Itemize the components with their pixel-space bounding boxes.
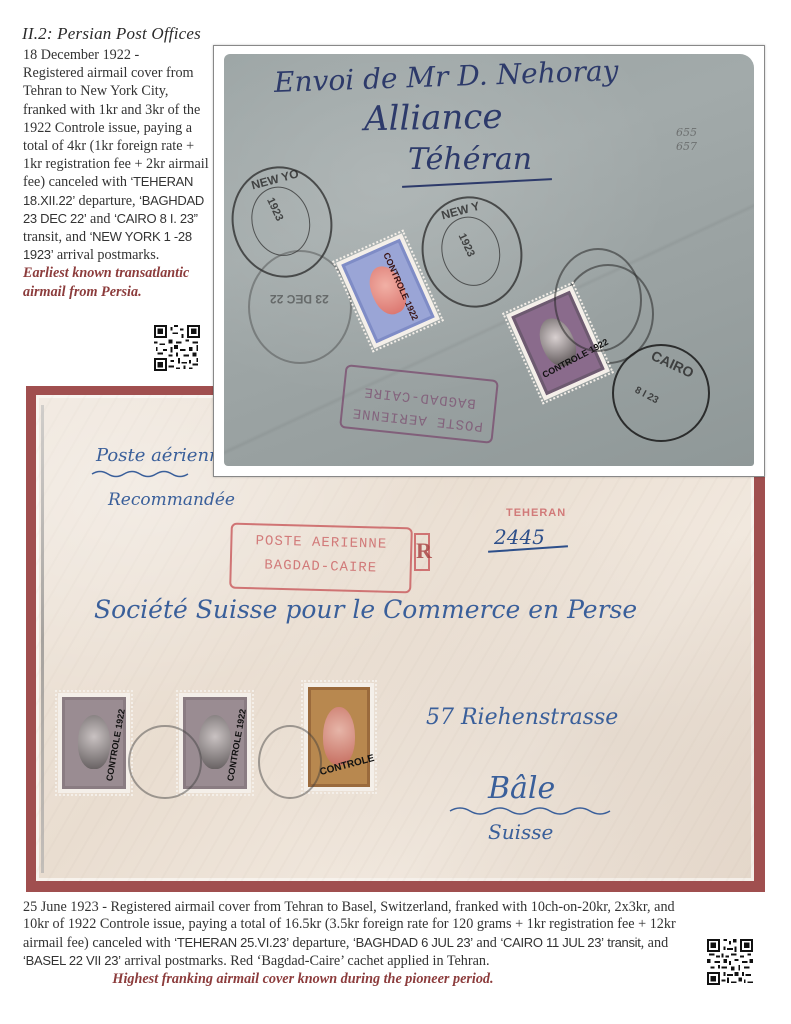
postmark-date: 8 I 23 (633, 385, 660, 406)
sender-underline (402, 178, 552, 187)
cover1-description: Registered airmail cover from Tehran to … (23, 65, 209, 190)
registration-number: 2445 (494, 525, 545, 549)
caption-text: arrival postmarks. (53, 247, 159, 263)
poste-aerienne-cachet: POSTE AERIENNE BAGDAD-CAIRE (339, 364, 499, 444)
cover1-highlight: Earliest known transatlantic airmail fro… (23, 265, 189, 299)
postmark-basel-ref: ‘BASEL 22 VII 23’ (23, 953, 121, 968)
sender-line-1: Envoi de Mr D. Nehoray (274, 54, 619, 99)
teheran-postmark (128, 725, 202, 799)
cover2-highlight: Highest franking airmail cover known dur… (23, 971, 703, 988)
underline-wave (448, 805, 618, 817)
pencil-note-2: 657 (676, 140, 697, 153)
sender-line-2: Alliance (364, 97, 503, 139)
airmail-manuscript: Poste aérienne (96, 445, 231, 466)
registration-office: TEHERAN (506, 507, 566, 519)
stamp-3kr-1: CONTROLE 1922 (58, 693, 130, 793)
envelope-edge (41, 405, 44, 873)
registered-manuscript: Recommandée (108, 490, 235, 510)
caption-text: departure, (289, 935, 353, 951)
postmark-teheran-ref: ‘TEHERAN 25.VI.23’ (174, 935, 289, 950)
postmark-date: 23 DEC 22 (270, 292, 329, 306)
sender-line-3: Téhéran (408, 142, 532, 177)
caption-text: arrival postmarks. Red ‘Bagdad-Caire’ ca… (121, 953, 490, 969)
teheran-postmark (554, 248, 642, 352)
registration-label: R (414, 533, 430, 571)
caption-text: , and (641, 935, 669, 951)
postmark-cairo-ref: ‘CAIRO 11 JUL 23’ (500, 935, 603, 950)
cover1-date: 18 December 1922 - (23, 47, 139, 63)
baghdad-postmark: 23 DEC 22 (248, 250, 352, 364)
caption-text: transit, and (23, 229, 90, 245)
cover2-caption: 25 June 1923 - Registered airmail cover … (23, 899, 703, 988)
caption-text: and (473, 935, 501, 951)
postmark-cairo-ref: ‘CAIRO 8 I. 23” (114, 211, 198, 226)
transit-word: transit (607, 935, 640, 950)
caption-text: departure, (75, 193, 139, 209)
city-manuscript: Bâle (488, 771, 555, 806)
cachet-line: POSTE AERIENNE (232, 529, 411, 558)
caption-text: and (86, 211, 114, 227)
postmark-text: CAIRO (649, 347, 697, 381)
cairo-postmark: CAIRO 8 I 23 (612, 344, 710, 442)
teheran-postmark (258, 725, 322, 799)
postmark-baghdad-ref: ‘BAGHDAD 6 JUL 23’ (353, 935, 473, 950)
qr-code-icon[interactable] (707, 939, 753, 985)
addressee-manuscript: Société Suisse pour le Commerce en Perse (94, 595, 637, 624)
cover1-caption: 18 December 1922 - Registered airmail co… (23, 46, 213, 301)
poste-aerienne-cachet: POSTE AERIENNE BAGDAD-CAIRE (229, 523, 413, 594)
country-manuscript: Suisse (488, 820, 553, 844)
street-manuscript: 57 Riehenstrasse (426, 705, 618, 730)
cover1-envelope-back: Envoi de Mr D. Nehoray Alliance Téhéran … (224, 54, 754, 466)
cachet-line: BAGDAD-CAIRE (231, 553, 410, 582)
qr-code-icon[interactable] (154, 325, 200, 371)
underline-wave (90, 469, 200, 479)
pencil-note: 655657 (676, 126, 697, 154)
section-title: II.2: Persian Post Offices (22, 24, 201, 44)
pencil-note-1: 655 (676, 126, 697, 139)
